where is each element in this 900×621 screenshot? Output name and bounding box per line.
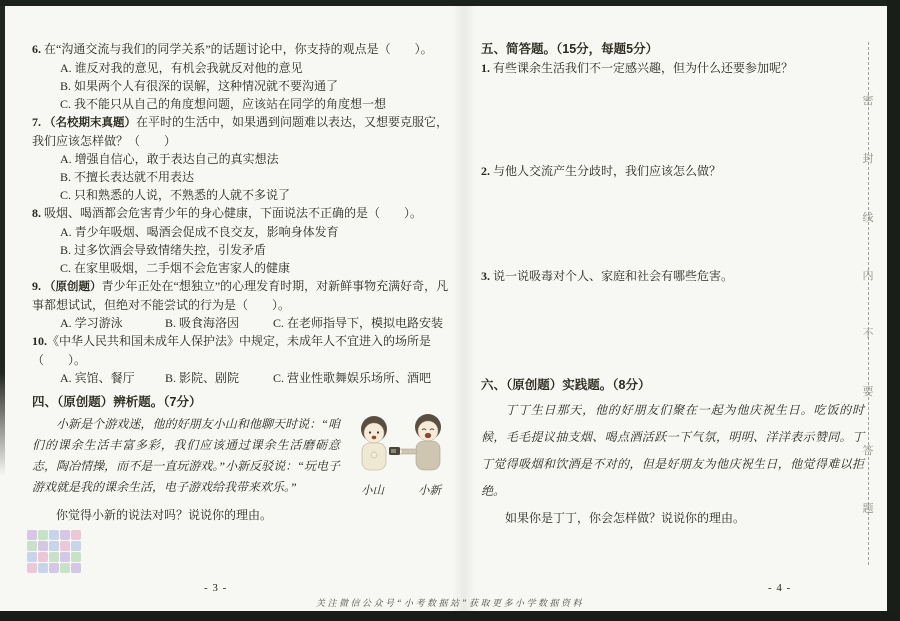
question-8: 8. 吸烟、喝酒都会危害青少年的身心健康，下面说法不正确的是（ ）。 A. 青少… [32,204,458,277]
scan-edge-bottom [0,611,900,621]
question-text: 在“沟通交流与我们的同学关系”的话题讨论中，你支持的观点是（ ）。 [44,42,433,56]
question-9-options: A. 学习游泳 B. 吸食海洛因 C. 在老师指导下，模拟电路安装 [60,314,458,332]
option-a: A. 青少年吸烟、喝酒会促成不良交友，影响身体发育 [60,223,458,241]
watermark-cell [71,552,81,562]
watermark-cell [60,552,70,562]
page-4: 五、简答题。（15分，每题5分） 1. 有些课余生活我们不一定感兴趣，但为什么还… [481,40,864,532]
footer-wechat-note: 关注微信公众号“小考数据站”获取更多小学数据资料 [0,596,900,609]
scan-edge-left [0,6,5,476]
question-7: 7. （名校期末真题）在平时的生活中，如果遇到问题难以表达，又想要克服它，我们应… [32,113,458,204]
question-6: 6. 在“沟通交流与我们的同学关系”的话题讨论中，你支持的观点是（ ）。 A. … [32,40,458,113]
question-tag: （名校期末真题） [44,117,136,129]
seal-char: 内 [861,267,875,283]
item-number: 3. [481,269,490,283]
scanned-exam-paper: 6. 在“沟通交流与我们的同学关系”的话题讨论中，你支持的观点是（ ）。 A. … [0,0,900,621]
seal-char: 答 [861,442,875,458]
question-7-stem: 7. （名校期末真题）在平时的生活中，如果遇到问题难以表达，又想要克服它，我们应… [32,113,458,150]
option-b: B. 如果两个人有很深的误解，这种情况就不要沟通了 [60,77,458,95]
short-answer-3: 3. 说一说吸毒对个人、家庭和社会有哪些危害。 [481,267,864,286]
option-c: C. 我不能只从自己的角度想问题，应该站在同学的角度想一想 [60,95,458,113]
page-number-right: - 4 - [768,582,791,594]
page-3: 6. 在“沟通交流与我们的同学关系”的话题讨论中，你支持的观点是（ ）。 A. … [32,40,458,524]
item-text: 有些课余生活我们不一定感兴趣，但为什么还要参加呢？ [493,61,793,75]
answer-space [481,78,864,162]
watermark-cell [49,530,59,540]
boys-talking-illustration [344,414,458,476]
item-text: 与他人交流产生分歧时，我们应该怎么做？ [493,164,721,178]
section-4-question: 你觉得小新的说法对吗？说说你的理由。 [32,506,458,524]
figure-labels: 小山 小新 [344,482,458,500]
item-number: 1. [481,61,490,75]
question-number: 9. [32,279,41,293]
section-5-title: 五、简答题。（15分，每题5分） [481,40,864,59]
watermark-cell [27,541,37,551]
option-a: A. 谁反对我的意见，有机会我就反对他的意见 [60,59,458,77]
item-number: 2. [481,164,490,178]
question-number: 7. [32,115,41,129]
short-answer-2: 2. 与他人交流产生分歧时，我们应该怎么做？ [481,162,864,181]
section-6-paragraph: 丁丁生日那天，他的好朋友们聚在一起为他庆祝生日。吃饭的时候，毛毛提议抽支烟、喝点… [481,397,864,505]
question-9: 9. （原创题）青少年正处在“想独立”的心理发育时期，对新鲜事物充满好奇，凡事都… [32,277,458,332]
option-b: B. 不擅长表达就不用表达 [60,168,458,186]
question-6-options: A. 谁反对我的意见，有机会我就反对他的意见 B. 如果两个人有很深的误解，这种… [32,59,458,113]
seal-char: 密 [861,92,875,108]
watermark-cell [71,530,81,540]
seal-char: 要 [861,383,875,399]
option-c: C. 在老师指导下，模拟电路安装 [273,314,458,332]
option-c: C. 在家里吸烟，二手烟不会危害家人的健康 [60,259,458,277]
watermark-cell [38,541,48,551]
watermark-cell [60,530,70,540]
watermark-cell [49,563,59,573]
question-10-stem: 10.《中华人民共和国未成年人保护法》中规定，未成年人不宜进入的场所是（ ）。 [32,332,458,369]
item-text: 说一说吸毒对个人、家庭和社会有哪些危害。 [493,269,733,283]
section-4-figure: 小山 小新 [344,414,458,500]
watermark-cell [38,563,48,573]
scan-edge-top [0,0,900,6]
option-a: A. 增强自信心，敢于表达自己的真实想法 [60,150,458,168]
seal-char: 不 [861,325,875,341]
watermark-cell [60,563,70,573]
option-c: C. 只和熟悉的人说，不熟悉的人就不多说了 [60,186,458,204]
question-number: 8. [32,206,41,220]
watermark-cell [60,541,70,551]
seal-char: 线 [861,209,875,225]
watermark-cell [71,541,81,551]
option-b: B. 影院、剧院 [165,369,273,387]
watermark-cell [27,552,37,562]
section-6-question: 如果你是丁丁，你会怎样做？说说你的理由。 [481,505,864,532]
question-8-options: A. 青少年吸烟、喝酒会促成不良交友，影响身体发育 B. 过多饮酒会导致情绪失控… [32,223,458,277]
answer-space [481,181,864,267]
short-answer-1: 1. 有些课余生活我们不一定感兴趣，但为什么还要参加呢？ [481,59,864,78]
question-8-stem: 8. 吸烟、喝酒都会危害青少年的身心健康，下面说法不正确的是（ ）。 [32,204,458,223]
section-4-paragraph: 小新是个游戏迷，他的好朋友小山和他聊天时说：“咱们的课余生活丰富多彩，我们应该通… [32,414,340,500]
question-number: 6. [32,42,41,56]
seal-vertical-text: 密 封 线 内 不 要 答 题 [861,92,875,516]
question-10-options: A. 宾馆、餐厅 B. 影院、剧院 C. 营业性歌舞娱乐场所、酒吧 [60,369,458,387]
option-a: A. 宾馆、餐厅 [60,369,165,387]
option-b: B. 吸食海洛因 [165,314,273,332]
question-9-stem: 9. （原创题）青少年正处在“想独立”的心理发育时期，对新鲜事物充满好奇，凡事都… [32,277,458,314]
question-7-options: A. 增强自信心，敢于表达自己的真实想法 B. 不擅长表达就不用表达 C. 只和… [32,150,458,204]
watermark-cell [49,541,59,551]
section-4-body: 小新是个游戏迷，他的好朋友小山和他聊天时说：“咱们的课余生活丰富多彩，我们应该通… [32,414,458,500]
section-6-title: 六、（原创题）实践题。（8分） [481,376,864,395]
watermark-cell [27,563,37,573]
page-number-left: - 3 - [204,582,227,594]
question-6-stem: 6. 在“沟通交流与我们的同学关系”的话题讨论中，你支持的观点是（ ）。 [32,40,458,59]
answer-space [481,286,864,376]
watermark-cell [38,530,48,540]
colorful-watermark-logo [27,530,81,573]
section-4-title: 四、（原创题）辨析题。（7分） [32,393,458,411]
option-c: C. 营业性歌舞娱乐场所、酒吧 [273,369,458,387]
watermark-cell [49,552,59,562]
option-a: A. 学习游泳 [60,314,165,332]
figure-label-left: 小山 [361,482,384,500]
option-b: B. 过多饮酒会导致情绪失控，引发矛盾 [60,241,458,259]
seal-char: 题 [861,500,875,516]
question-text: 吸烟、喝酒都会危害青少年的身心健康，下面说法不正确的是（ ）。 [44,206,422,220]
scan-edge-right [887,0,900,621]
question-10: 10.《中华人民共和国未成年人保护法》中规定，未成年人不宜进入的场所是（ ）。 … [32,332,458,387]
question-text: 《中华人民共和国未成年人保护法》中规定，未成年人不宜进入的场所是（ ）。 [32,334,431,367]
watermark-cell [27,530,37,540]
watermark-cell [38,552,48,562]
seal-char: 封 [861,150,875,166]
question-tag: （原创题） [44,281,102,293]
figure-label-right: 小新 [418,482,441,500]
watermark-cell [71,563,81,573]
question-number: 10. [32,334,47,348]
